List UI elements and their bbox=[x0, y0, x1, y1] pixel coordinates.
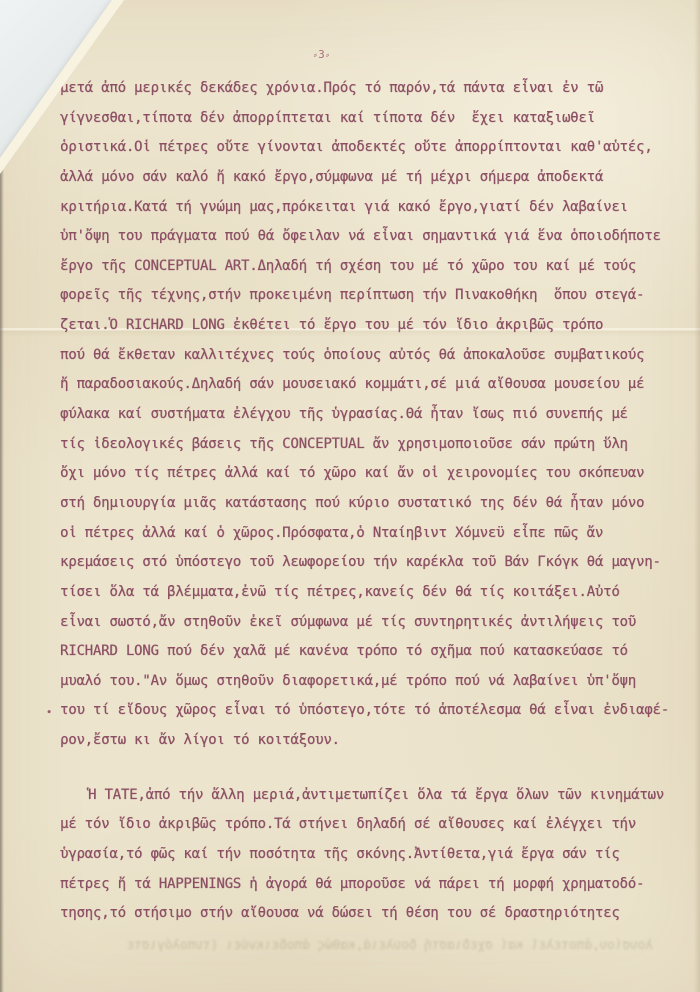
text-line: πέτρες ἤ τά HAPPENINGS ἡ ἀγορά θά μποροῦ… bbox=[60, 870, 692, 900]
text-line: •του τί εἴδους χῶρος εἶναι τό ὑπόστεγο,τ… bbox=[60, 696, 692, 726]
text-line: ἤ παραδοσιακούς.Δηλαδή σάν μουσειακό κομ… bbox=[60, 370, 692, 400]
text-line: τίσει ὅλα τά βλέμματα,ἐνῶ τίς πέτρες,καν… bbox=[60, 578, 692, 608]
bleedthrough-text: λουσίου,ἀποτελεῖ καί σχεδιαστή δουλειά,κ… bbox=[78, 938, 653, 953]
text-line: κριτήρια.Κατά τή γνώμη μας,πρόκειται γιά… bbox=[60, 193, 692, 223]
paper-sheet: ⸗3⸗ μετά ἀπό μερικές δεκάδες χρόνια.Πρός… bbox=[0, 0, 700, 992]
text-line: RICHARD LONG πού δέν χαλᾶ μέ κανένα τρόπ… bbox=[60, 637, 692, 667]
text-line: τίς ἰδεολογικές βάσεις τῆς CONCEPTUAL ἄν… bbox=[60, 430, 692, 460]
typed-text: μετά ἀπό μερικές δεκάδες χρόνια.Πρός τό … bbox=[60, 74, 692, 929]
text-line: ζεται.Ὁ RICHARD LONG ἐκθέτει τό ἔργο του… bbox=[60, 311, 692, 341]
text-line: ὁριστικά.Οἱ πέτρες οὔτε γίνονται ἀποδεκτ… bbox=[60, 133, 692, 163]
margin-dot: • bbox=[46, 698, 52, 728]
text-line: ἀλλά μόνο σάν καλό ἤ κακό ἔργο,σύμφωνα μ… bbox=[60, 163, 692, 193]
text-line: ὄχι μόνο τίς πέτρες ἀλλά καί τό χῶρο καί… bbox=[60, 459, 692, 489]
text-line: ὑγρασία,τό φῶς καί τήν ποσότητα τῆς σκόν… bbox=[60, 840, 692, 870]
text-line: φορεῖς τῆς τέχνης,στήν προκειμένη περίπτ… bbox=[60, 281, 692, 311]
text-line: ἔργο τῆς CONCEPTUAL ART.Δηλαδή τή σχέση … bbox=[60, 252, 692, 282]
text-line: μυαλό του."Αν ὅμως στηθοῦν διαφορετικά,μ… bbox=[60, 667, 692, 697]
text-line: μετά ἀπό μερικές δεκάδες χρόνια.Πρός τό … bbox=[60, 74, 692, 104]
text-line: τησης,τό στήσιμο στήν αἴθουσα νά δώσει τ… bbox=[60, 899, 692, 929]
text-line: εἶναι σωστό,ἄν στηθοῦν ἐκεῖ σύμφωνα μέ τ… bbox=[60, 608, 692, 638]
page-number: ⸗3⸗ bbox=[0, 48, 644, 61]
text-line: στή δημιουργία μιᾶς κατάστασης πού κύριο… bbox=[60, 489, 692, 519]
text-line: πού θά ἔκθεταν καλλιτέχνες τούς ὁποίους … bbox=[60, 341, 692, 371]
text-line: ὑπ'ὄψη του πράγματα πού θά ὄφειλαν νά εἶ… bbox=[60, 222, 692, 252]
text-line: γίγνεσθαι,τίποτα δέν ἀπορρίπτεται καί τί… bbox=[60, 104, 692, 134]
text-line: ρον,ἔστω κι ἄν λίγοι τό κοιτάξουν. bbox=[60, 726, 692, 756]
right-edge-shade bbox=[694, 0, 700, 992]
text-line: οἱ πέτρες ἀλλά καί ὁ χῶρος.Πρόσφατα,ὁ Ντ… bbox=[60, 519, 692, 549]
text-line: φύλακα καί συστήματα ἐλέγχου τῆς ὑγρασία… bbox=[60, 400, 692, 430]
left-edge-shadow bbox=[0, 160, 4, 992]
text-line: Ἡ ΤΑΤΕ,ἀπό τήν ἄλλη μεριά,ἀντιμετωπίζει … bbox=[60, 781, 692, 811]
text-line: μέ τόν ἴδιο ἀκριβῶς τρόπο.Τά στήνει δηλα… bbox=[60, 810, 692, 840]
text-line: κρεμάσεις στό ὑπόστεγο τοῦ λεωφορείου τή… bbox=[60, 548, 692, 578]
text-line-content: του τί εἴδους χῶρος εἶναι τό ὑπόστεγο,τό… bbox=[60, 702, 669, 718]
page-scan: ⸗3⸗ μετά ἀπό μερικές δεκάδες χρόνια.Πρός… bbox=[0, 0, 700, 992]
